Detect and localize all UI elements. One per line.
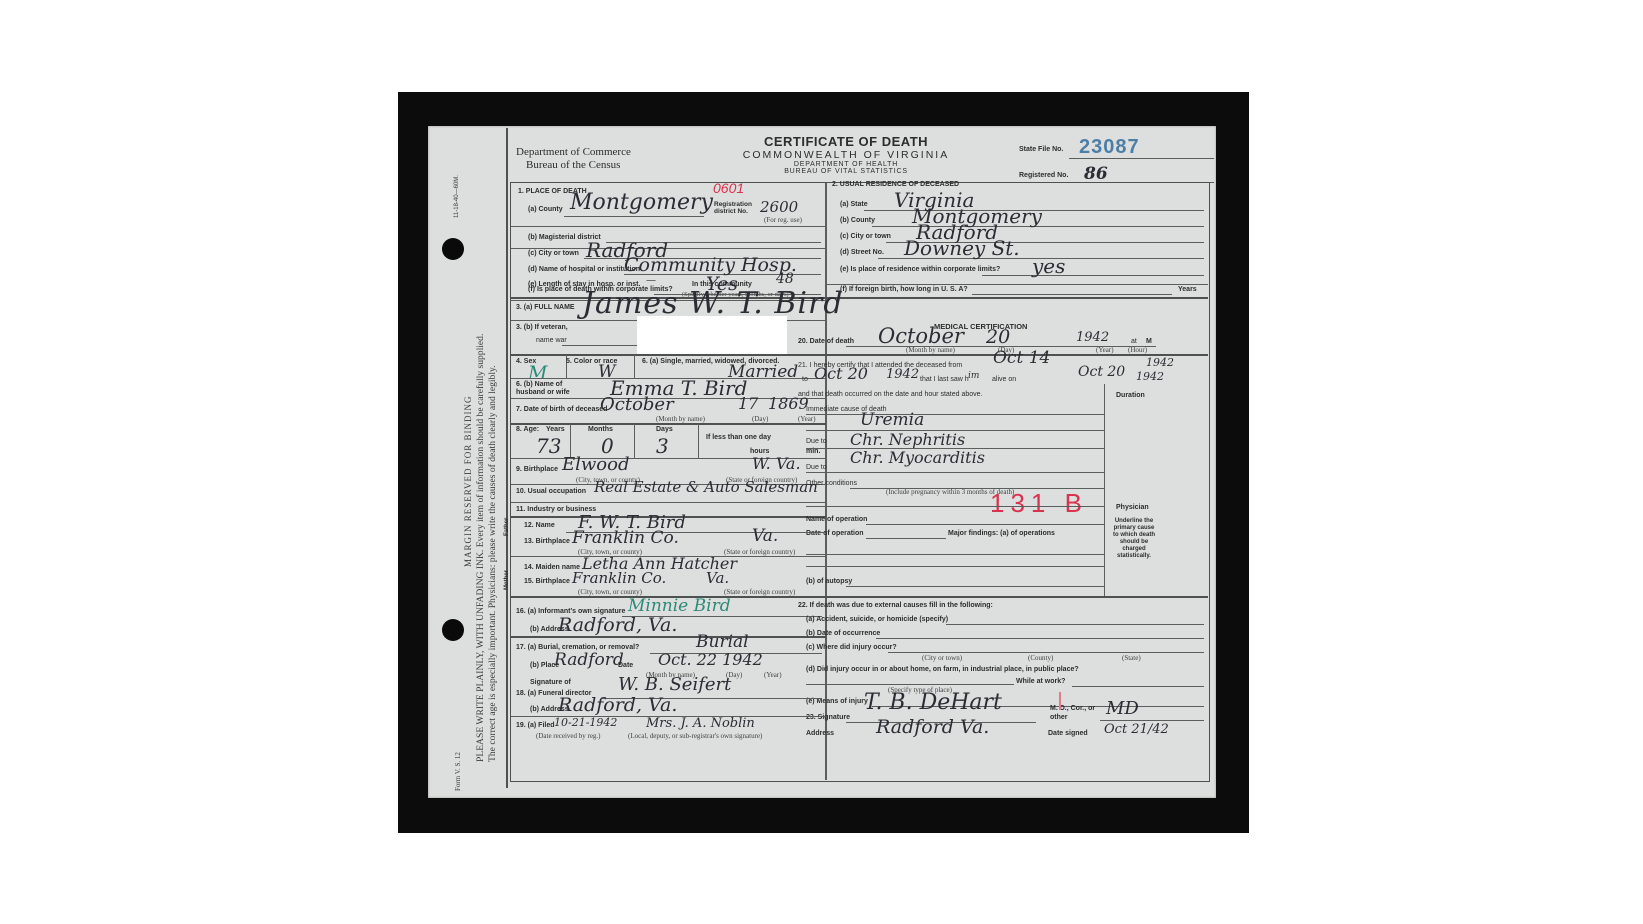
veteran-label: 3. (b) If veteran, [516, 324, 568, 331]
father-birthplace-label: 13. Birthplace [524, 538, 570, 545]
physician-address[interactable]: Radford Va. [876, 716, 989, 738]
veteran-war-label: name war [536, 337, 567, 344]
foreign-birth-label: (f) If foreign birth, how long in U. S. … [840, 286, 968, 293]
rule [511, 248, 826, 249]
last-saw-label: that I last saw h [920, 376, 969, 383]
immediate-cause-value[interactable]: Uremia [860, 410, 924, 430]
rule [570, 424, 571, 458]
min-label: min. [806, 448, 820, 455]
age-label: 8. Age: [516, 426, 539, 433]
dob-label: 7. Date of birth of deceased [516, 406, 607, 413]
director-signature-label: Signature of [530, 679, 571, 686]
burial-date-label: Date [618, 662, 633, 669]
rule [806, 554, 1104, 555]
informant-signature[interactable]: Minnie Bird [628, 596, 731, 616]
sub-month: (Month by name) [906, 346, 955, 354]
stay-value[interactable]: — [646, 275, 656, 286]
rule [806, 684, 1014, 685]
print-code: 11-18-40—60M. [454, 175, 460, 218]
registered-label: Registered No. [1019, 172, 1068, 179]
rule [511, 226, 826, 227]
death-month-value[interactable]: October [878, 324, 964, 348]
burial-place-value[interactable]: Radford [554, 650, 624, 670]
father-tag: Father [504, 518, 510, 536]
mother-birth-city[interactable]: Franklin Co. [572, 569, 666, 587]
age-years-label: Years [546, 426, 565, 433]
residence-city-label: (c) City or town [840, 233, 891, 240]
rule [972, 294, 1172, 295]
death-year-value[interactable]: 1942 [1076, 330, 1109, 345]
certificate-form: Department of Commerce Bureau of the Cen… [506, 126, 1216, 798]
physician-title-label: M. D., Cor., or other [1050, 704, 1098, 722]
alive-on-year[interactable]: 1942 [1136, 370, 1164, 383]
death-date-label: 20. Date of death [798, 338, 854, 345]
alive-on-label: alive on [992, 376, 1016, 383]
director-address[interactable]: Radford, Va. [558, 694, 677, 716]
state-name: COMMONWEALTH OF VIRGINIA [706, 149, 986, 161]
rule [511, 636, 826, 638]
mother-tag: Mother [504, 570, 510, 590]
department-name: Department of Commerce [516, 146, 631, 159]
vital-statistics-bureau: BUREAU OF VITAL STATISTICS [706, 168, 986, 175]
physician-signature[interactable]: T. B. DeHart [864, 690, 1002, 715]
sub-city: (City or town) [922, 654, 962, 662]
rule [698, 424, 699, 458]
birthplace-label: 9. Birthplace [516, 466, 558, 473]
rule [946, 624, 1204, 625]
rule [564, 216, 704, 217]
due-to-value-2[interactable]: Chr. Myocarditis [850, 448, 985, 467]
disposition-value[interactable]: Burial [696, 632, 749, 652]
rule [806, 414, 1104, 415]
burial-date-value[interactable]: Oct. 22 1942 [658, 650, 763, 669]
rule [888, 652, 1204, 653]
birthplace-city[interactable]: Elwood [562, 454, 630, 475]
death-county-value[interactable]: Montgomery [570, 190, 713, 215]
residence-corporate-value[interactable]: yes [1032, 254, 1065, 278]
birthplace-state[interactable]: W. Va. [752, 454, 801, 473]
sub-county: (County) [1028, 654, 1053, 662]
sub-state: (State or foreign country) [724, 588, 795, 596]
mother-birth-state[interactable]: Va. [706, 569, 729, 587]
residence-heading: 2. USUAL RESIDENCE OF DECEASED [832, 181, 959, 188]
rule [806, 472, 1104, 473]
redacted-area [637, 316, 787, 355]
injury-place-label: (c) Where did injury occur? [806, 644, 897, 651]
sub-hour: (Hour) [1128, 346, 1147, 354]
informant-address[interactable]: Radford, Va. [558, 614, 677, 636]
foreign-years-label: Years [1178, 286, 1197, 293]
death-day-value[interactable]: 20 [986, 326, 1010, 348]
registrar-note: (Local, deputy, or sub-registrar's own s… [628, 732, 762, 740]
date-signed-label: Date signed [1048, 730, 1088, 737]
street-value[interactable]: Downey St. [904, 236, 1020, 260]
rule [876, 638, 1204, 639]
duration-label: Duration [1116, 392, 1145, 399]
rule [562, 345, 640, 346]
death-at-label: at [1131, 338, 1137, 345]
death-city-label: (c) City or town [528, 250, 579, 257]
sub-year: (Year) [798, 415, 816, 423]
means-of-injury-label: (e) Means of injury [806, 698, 868, 705]
physician-address-label: Address [806, 730, 834, 737]
residence-state-label: (a) State [840, 201, 868, 208]
physician-note-title: Physician [1116, 504, 1149, 511]
while-at-work-label: While at work? [1016, 678, 1065, 685]
certificate-title-block: CERTIFICATE OF DEATH COMMONWEALTH OF VIR… [706, 134, 986, 175]
sub-year: (Year) [764, 671, 782, 679]
bureau-name: Bureau of the Census [516, 159, 631, 172]
state-file-number: 23087 [1079, 136, 1140, 159]
health-department: DEPARTMENT OF HEALTH [706, 161, 986, 168]
rule [634, 424, 635, 458]
date-signed-value[interactable]: Oct 21/42 [1104, 722, 1169, 737]
rule [806, 506, 1104, 507]
occurrence-date-label: (b) Date of occurrence [806, 630, 880, 637]
filed-label: 19. (a) Filed [516, 722, 555, 729]
father-name-label: 12. Name [524, 522, 555, 529]
binding-margin: Form V. S. 12 11-18-40—60M. MARGIN RESER… [428, 126, 506, 798]
funeral-director-value[interactable]: W. B. Seifert [618, 674, 731, 695]
community-value[interactable]: 48 [776, 271, 794, 287]
rule [866, 524, 1104, 525]
autopsy-label: (b) of autopsy [806, 578, 852, 585]
accident-label: (a) Accident, suicide, or homicide (spec… [806, 616, 948, 623]
father-birth-city[interactable]: Franklin Co. [572, 528, 679, 548]
physician-note: Underline the primary cause to which dea… [1112, 518, 1156, 560]
due-to-label-1: Due to [806, 438, 827, 445]
reg-note: (For reg. use) [764, 216, 802, 224]
death-stated-label: and that death occurred on the date and … [798, 391, 982, 398]
spouse-label: 6. (b) Name of husband or wife [516, 381, 576, 397]
age-days-value[interactable]: 3 [656, 434, 669, 458]
less-day-label: If less than one day [706, 434, 771, 441]
alive-on-value[interactable]: Oct 20 [1078, 364, 1125, 380]
margin-reserved-text: MARGIN RESERVED FOR BINDING [463, 395, 473, 567]
registrar-signature[interactable]: Mrs. J. A. Noblin [646, 716, 755, 731]
rule [1100, 720, 1204, 721]
margin-rule [506, 128, 508, 788]
rule [846, 586, 1104, 587]
filed-value[interactable]: 10-21-1942 [554, 716, 617, 729]
mother-birthplace-label: 15. Birthplace [524, 578, 570, 585]
sub-state: (State) [1122, 654, 1141, 662]
instruction-line-1: PLEASE WRITE PLAINLY, WITH UNFADING INK.… [475, 334, 486, 762]
residence-corporate-label: (e) Is place of residence within corpora… [840, 266, 1000, 273]
rule [1072, 686, 1204, 687]
attended-to-value[interactable]: Oct 20 [814, 364, 868, 383]
physician-title-value[interactable]: MD [1106, 698, 1139, 719]
dob-day[interactable]: 17 [738, 394, 758, 413]
residence-county-label: (b) County [840, 217, 875, 224]
last-saw-pronoun[interactable]: im [968, 371, 979, 381]
due-to-label-2: Due to [806, 464, 827, 471]
sub-month: (Month by name) [656, 415, 705, 423]
punch-hole-bottom [442, 619, 464, 641]
sub-day: (Day) [752, 415, 768, 423]
full-name-label: 3. (a) FULL NAME [516, 304, 575, 311]
to-label: to [802, 376, 808, 383]
red-mark [1059, 692, 1061, 710]
rule [806, 566, 1104, 567]
other-conditions-label: Other conditions [806, 480, 857, 487]
classification-code: 131 B [990, 488, 1088, 519]
injury-location-type-label: (d) Did injury occur in or about home, o… [806, 666, 1079, 673]
attended-to-year[interactable]: 1942 [886, 367, 919, 382]
rule [788, 596, 1208, 598]
occupation-value[interactable]: Real Estate & Auto Salesman [594, 478, 818, 496]
age-months-label: Months [588, 426, 613, 433]
duration-divider [1104, 384, 1105, 596]
operation-label: Name of operation [806, 516, 867, 523]
registered-number: 86 [1084, 164, 1108, 184]
due-to-value-1[interactable]: Chr. Nephritis [850, 430, 965, 449]
death-county-label: (a) County [528, 206, 563, 213]
department-block: Department of Commerce Bureau of the Cen… [516, 146, 631, 172]
filed-note: (Date received by reg.) [536, 732, 601, 740]
district-code-stamp: 0601 [713, 180, 744, 196]
occupation-label: 10. Usual occupation [516, 488, 586, 495]
father-birth-state[interactable]: Va. [752, 526, 778, 546]
attended-from-value[interactable]: Oct 14 [993, 348, 1050, 368]
rule [982, 275, 1204, 276]
street-label: (d) Street No. [840, 249, 884, 256]
punch-hole-top [442, 238, 464, 260]
age-years-value[interactable]: 73 [536, 434, 561, 458]
rule [866, 538, 946, 539]
dob-month[interactable]: October [600, 394, 674, 415]
reg-district-label: Registration district No. [714, 201, 758, 215]
age-days-label: Days [656, 426, 673, 433]
rule [511, 354, 791, 356]
certificate-title: CERTIFICATE OF DEATH [706, 134, 986, 149]
rule [826, 284, 1208, 285]
state-file-label: State File No. [1019, 146, 1063, 153]
instruction-line-2: The correct age is especially important.… [487, 365, 498, 762]
rule [511, 502, 826, 503]
major-findings-label: Major findings: (a) of operations [948, 530, 1055, 537]
external-causes-heading: 22. If death was due to external causes … [798, 602, 993, 609]
rule [511, 423, 826, 425]
sub-year: (Year) [1096, 346, 1114, 354]
reg-district-value[interactable]: 2600 [760, 198, 798, 216]
attended-from-year[interactable]: 1942 [1146, 356, 1174, 369]
death-m-label: M [1146, 338, 1152, 345]
form-number: Form V. S. 12 [454, 752, 462, 791]
sub-city: (City, town, or county) [578, 588, 642, 596]
